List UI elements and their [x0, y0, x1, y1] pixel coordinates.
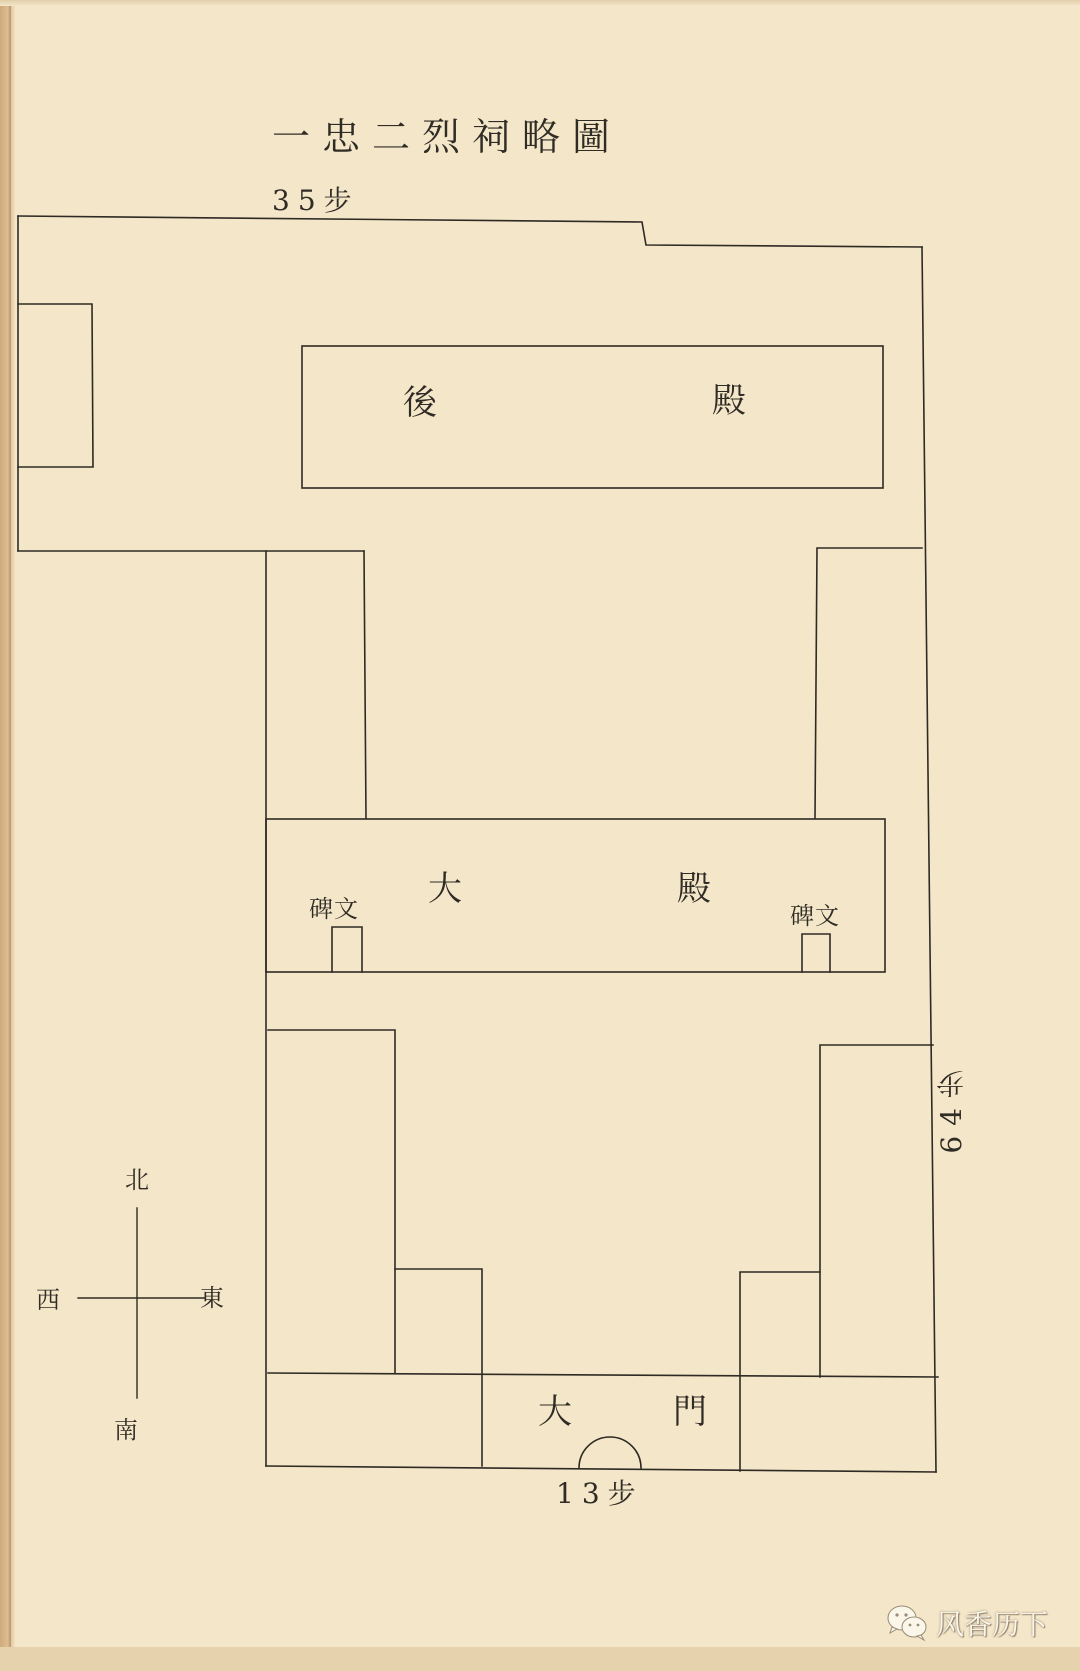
rear-hall-label-left: 後 [403, 386, 437, 420]
east-wing-upper [815, 548, 922, 818]
outer-wall-east [922, 247, 936, 1472]
west-wing-lower [268, 1030, 395, 1373]
compass-west: 西 [36, 1288, 60, 1312]
stele-right [802, 934, 830, 972]
east-gatehouse [740, 1272, 820, 1471]
outer-wall-north [18, 216, 922, 247]
stele-right-label: 碑文 [790, 904, 840, 928]
main-hall-label-left: 大 [428, 872, 462, 906]
outer-wall-south [266, 1466, 936, 1472]
rear-hall-label-right: 殿 [712, 384, 746, 418]
front-row-line [268, 1373, 938, 1377]
northwest-annex [18, 304, 93, 467]
main-hall-label-right: 殿 [677, 872, 711, 906]
main-gate-label-left: 大 [538, 1395, 572, 1429]
dimension-top-width: 35步 [272, 187, 360, 215]
page-title: 一忠二烈祠略圖 [272, 118, 622, 156]
west-wing-upper-east-wall [364, 551, 366, 818]
compass-north: 北 [125, 1168, 149, 1192]
east-wing-lower [820, 1045, 933, 1377]
wechat-icon [886, 1603, 930, 1643]
dimension-right-length: 64步 [938, 1060, 966, 1154]
compass-east: 東 [200, 1286, 224, 1310]
stele-left-label: 碑文 [309, 897, 359, 921]
stele-left [332, 927, 362, 972]
watermark-text: 风香历下 [936, 1603, 1048, 1643]
watermark: 风香历下 [886, 1603, 1048, 1643]
main-gate-label-right: 門 [673, 1395, 707, 1429]
compass-south: 南 [114, 1418, 138, 1442]
rear-hall [302, 346, 883, 488]
west-gatehouse [395, 1269, 482, 1466]
gate-arch [579, 1437, 641, 1468]
dimension-bottom-width: 13步 [556, 1480, 644, 1508]
